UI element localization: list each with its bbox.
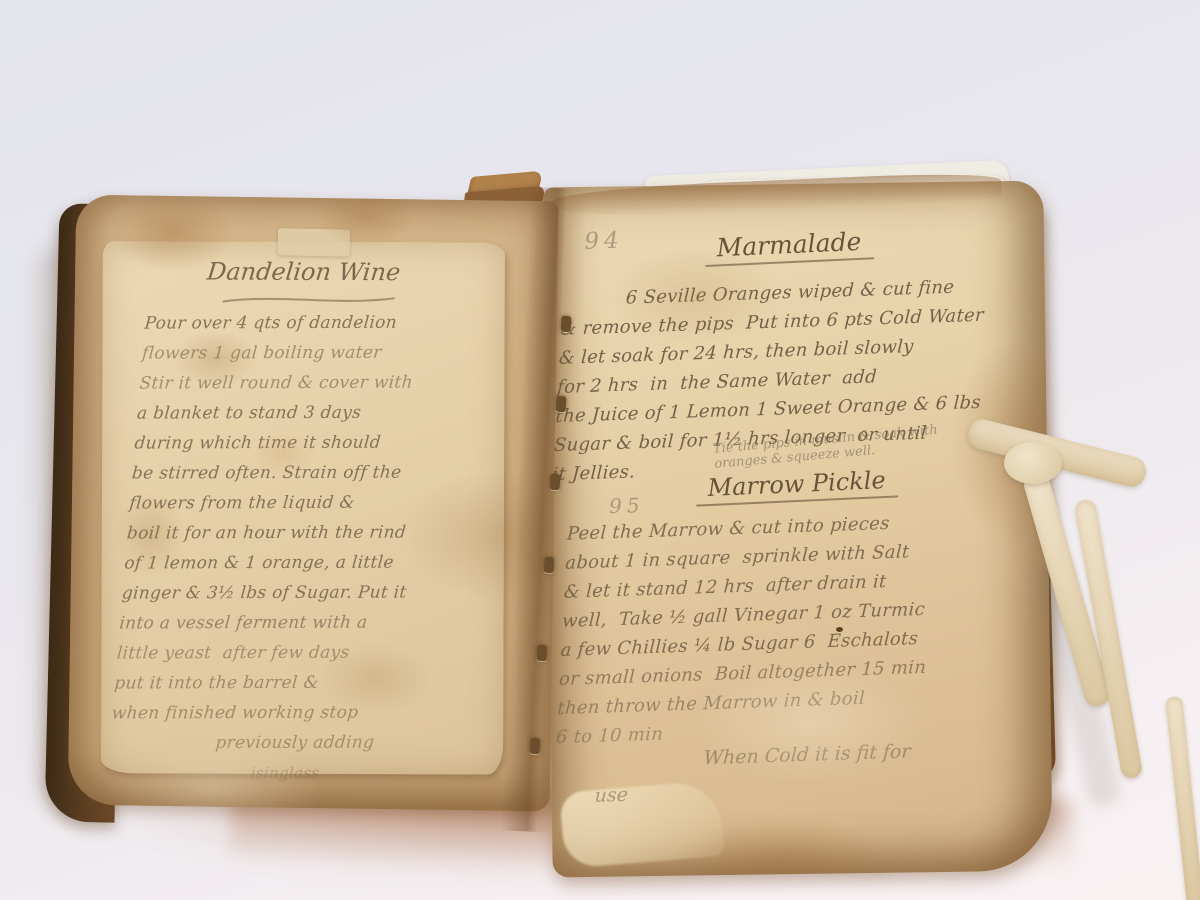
recipe-title-dandelion-wine: Dandelion Wine: [101, 257, 506, 286]
handwritten-line: Pour over 4 qts of dandelion: [143, 307, 514, 338]
right-page-content: 94 Marmalade 6 Seville Oranges wiped & c…: [537, 176, 1060, 882]
page-number-95: 95: [609, 493, 645, 518]
handwritten-line: during which time it should: [133, 427, 504, 458]
handwritten-line: flowers from the liquid &: [128, 487, 499, 518]
recipe-title-text: Marmalade: [704, 226, 874, 267]
handwritten-line: previously adding: [214, 727, 479, 758]
handwritten-line: a blanket to stand 3 days: [136, 397, 507, 428]
handwritten-line: of 1 lemon & 1 orange, a little: [123, 547, 494, 578]
recipe-title-text: Marrow Pickle: [695, 465, 898, 506]
handwritten-line: when finished working stop: [111, 697, 482, 728]
binding-stitch: [550, 474, 561, 491]
handwritten-line: into a vessel ferment with a: [118, 607, 489, 638]
pasted-recipe-note: Dandelion Wine Pour over 4 qts of dandel…: [101, 241, 505, 774]
binding-stitch: [556, 396, 567, 413]
dandelion-wine-recipe-text: Pour over 4 qts of dandelionflowers 1 ga…: [106, 307, 515, 788]
closing-word: use: [594, 784, 628, 807]
handwritten-line: be stirred often. Strain off the: [131, 457, 502, 488]
fabric-tie-strand: [1165, 696, 1200, 900]
photo-of-recipe-book: 94 Marmalade 6 Seville Oranges wiped & c…: [0, 0, 1200, 900]
binding-stitch: [544, 557, 555, 574]
handwritten-line: boil it for an hour with the rind: [126, 517, 497, 548]
underline-flourish: [219, 292, 399, 309]
left-page: Dandelion Wine Pour over 4 qts of dandel…: [68, 195, 558, 812]
binding-stitch: [530, 738, 541, 755]
marrow-pickle-recipe-text: Peel the Marrow & cut into piecesabout 1…: [555, 504, 1053, 753]
debris-speck: [836, 627, 843, 632]
tape-remnant: [278, 228, 351, 257]
binding-stitch: [561, 316, 572, 333]
right-page: 94 Marmalade 6 Seville Oranges wiped & c…: [543, 181, 1053, 878]
handwritten-line: isinglass: [250, 757, 477, 788]
handwritten-line: little yeast after few days: [116, 637, 487, 668]
handwritten-line: ginger & 3½ lbs of Sugar. Put it: [121, 577, 492, 608]
handwritten-line: Stir it well round & cover with: [138, 367, 509, 398]
fabric-tie-knot: [1004, 442, 1062, 484]
handwritten-line: flowers 1 gal boiling water: [141, 337, 512, 368]
handwritten-line: put it into the barrel &: [113, 667, 484, 698]
binding-stitch: [537, 645, 548, 662]
